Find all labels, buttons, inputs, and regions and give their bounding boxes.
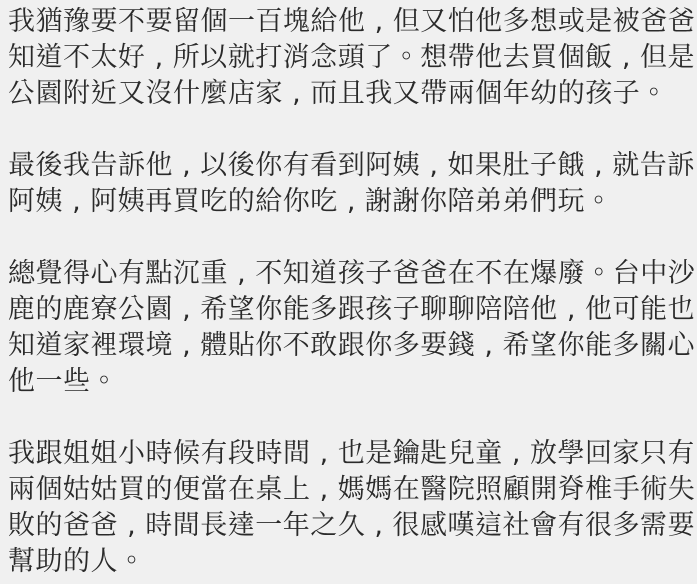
text-line: 阿姨 , 阿姨再買吃的給你吃 , 謝謝你陪弟弟們玩。 <box>8 184 689 220</box>
paragraph-4: 我跟姐姐小時候有段時間 , 也是鑰匙兒童 , 放學回家只有 兩個姑姑買的便當在桌… <box>8 436 689 580</box>
text-line: 兩個姑姑買的便當在桌上 , 媽媽在醫院照顧開脊椎手術失 <box>8 472 689 508</box>
paragraph-2: 最後我告訴他 , 以後你有看到阿姨 , 如果肚子餓 , 就告訴 阿姨 , 阿姨再… <box>8 148 689 220</box>
text-line: 總覺得心有點沉重 , 不知道孩子爸爸在不在爆廢。台中沙 <box>8 256 689 292</box>
text-line: 敗的爸爸 , 時間長達一年之久 , 很感嘆這社會有很多需要 <box>8 508 689 544</box>
text-line: 幫助的人。 <box>8 544 689 580</box>
text-post: 我猶豫要不要留個一百塊給他 , 但又怕他多想或是被爸爸 知道不太好 , 所以就打… <box>0 0 697 584</box>
text-line: 公園附近又沒什麼店家 , 而且我又帶兩個年幼的孩子。 <box>8 76 689 112</box>
paragraph-3: 總覺得心有點沉重 , 不知道孩子爸爸在不在爆廢。台中沙 鹿的鹿寮公園 , 希望你… <box>8 256 689 400</box>
text-line: 鹿的鹿寮公園 , 希望你能多跟孩子聊聊陪陪他 , 他可能也 <box>8 292 689 328</box>
text-line: 最後我告訴他 , 以後你有看到阿姨 , 如果肚子餓 , 就告訴 <box>8 148 689 184</box>
text-line: 他一些。 <box>8 364 689 400</box>
text-line: 知道不太好 , 所以就打消念頭了。想帶他去買個飯 , 但是 <box>8 40 689 76</box>
paragraph-1: 我猶豫要不要留個一百塊給他 , 但又怕他多想或是被爸爸 知道不太好 , 所以就打… <box>8 4 689 112</box>
text-line: 知道家裡環境 , 體貼你不敢跟你多要錢 , 希望你能多關心 <box>8 328 689 364</box>
text-line: 我跟姐姐小時候有段時間 , 也是鑰匙兒童 , 放學回家只有 <box>8 436 689 472</box>
text-line: 我猶豫要不要留個一百塊給他 , 但又怕他多想或是被爸爸 <box>8 4 689 40</box>
